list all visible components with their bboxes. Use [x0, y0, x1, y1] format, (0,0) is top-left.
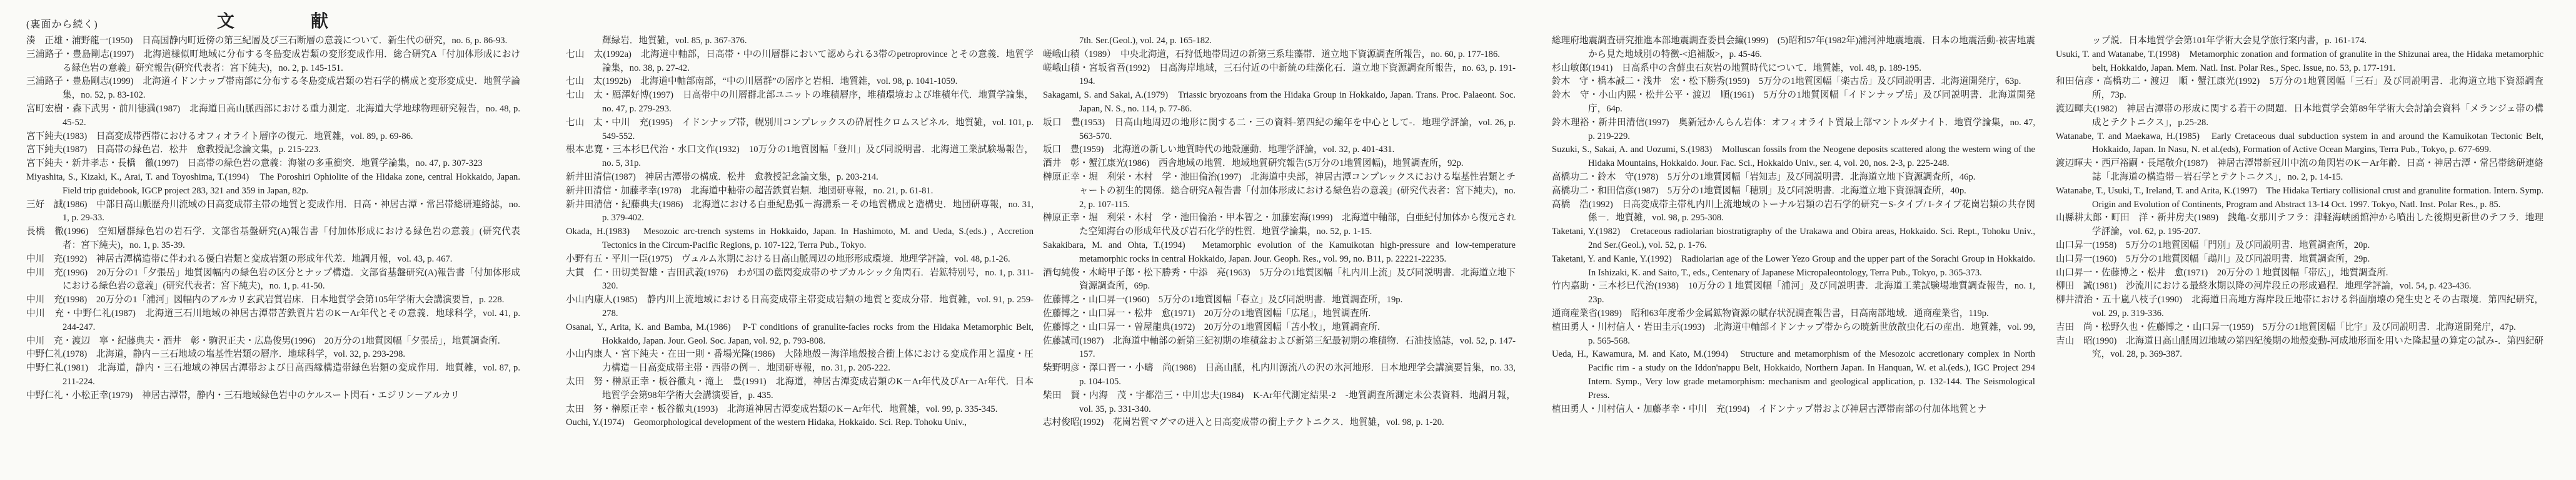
reference-entry: Miyashita, S., Kizaki, K., Arai, T. and … — [26, 171, 520, 198]
reference-entry: 中野仁礼(1981) 北海道，静内・三石地域の神居古潭帯および日高西縁構造帯緑色… — [26, 362, 520, 389]
reference-entry: Sakakibara, M. and Ohta, T.(1994) Metamo… — [1043, 239, 1516, 267]
reference-entry: Sakagami, S. and Sakai, A.(1979) Triassi… — [1043, 89, 1516, 116]
reference-entry: 小山内康人(1985) 静内川上流地域における日高変成帯主帯変成岩類の地質と変成… — [566, 294, 1034, 321]
reference-entry: 宮町宏樹・森下武男・前川徳満(1987) 北海道日高山脈西部における重力測定．北… — [26, 103, 520, 130]
reference-entry: 中川 充(1992) 神居古潭構造帯に伴われる優白岩類と変成岩類の形成年代差．地… — [26, 253, 520, 267]
reference-entry: 高橋功二・鈴木 守(1978) 5万分の1地質図幅「岩知志」及び同説明書．北海道… — [1552, 171, 2035, 185]
reference-entry: 宮下純夫(1987) 日高帯の緑色岩．松井 愈教授記念論文集，p. 215-22… — [26, 143, 520, 157]
reference-entry: 酒井 彰・蟹江康光(1986) 西舎地域の地質．地域地質研究報告(5万分の1地質… — [1043, 157, 1516, 171]
reference-entry: 根本忠寛・三本杉巳代治・水口文作(1932) 10万分の1地質図幅「登川」及び同… — [566, 143, 1034, 171]
reference-entry: 太田 努・榊原正幸・板谷徹丸(1993) 北海道神居古潭変成岩類のK－Ar年代．… — [566, 403, 1034, 417]
reference-entry: 坂口 豊(1953) 日高山地周辺の地形に関する二・三の資料-第四紀の編年を中心… — [1043, 116, 1516, 144]
reference-entry: 嵯峨山積（1989） 中央北海道，石狩低地帯周辺の新第三系珪藻帯．道立地下資源調… — [1043, 48, 1516, 62]
reference-entry: Watanabe, T., Usuki, T., Ireland, T. and… — [2056, 185, 2543, 212]
reference-entry: 山口昇一・佐藤博之・松井 愈(1971) 20万分の１地質図幅「帯広」，地質調査… — [2056, 267, 2543, 280]
reference-column-3: 7th. Ser.(Geol.), vol. 24, p. 165-182.嵯峨… — [1043, 34, 1516, 430]
reference-entry: 竹内嘉助・三本杉巳代治(1938) 10万分の１地質図幅「浦河」及び同説明書．北… — [1552, 280, 2035, 307]
references-page: (裏面から続く) 文 献 湊 正雄・浦野龍一(1950) 日高国静内町近傍の第三… — [0, 0, 2576, 480]
reference-entry: 中野仁礼(1978) 北海道，静内－三石地域の塩基性岩類の層序．地球科学，vol… — [26, 348, 520, 362]
reference-column-5: ップ説．日本地質学会第101年学術大会見学旅行案内書，p. 161-174.Us… — [2056, 34, 2543, 362]
reference-entry: 渡辺暉夫(1982) 神居古潭帯の形成に関する若干の問題．日本地質学会第89年学… — [2056, 103, 2543, 130]
reference-entry: 山口昇一(1958) 5万分の1地質図幅「門別」及び同説明書．地質調査所，20p… — [2056, 239, 2543, 253]
reference-entry: 杉山敏郎(1941) 日高系中の含蘚虫石灰岩の地質時代について．地質雑，vol.… — [1552, 62, 2035, 76]
reference-entry: 三浦路子・豊島剛志(1999) 北海道イドンナップ帯南部に分布する冬島変成岩類の… — [26, 75, 520, 103]
reference-column-1: 湊 正雄・浦野龍一(1950) 日高国静内町近傍の第三紀層及び三石断層の意義につ… — [26, 34, 520, 403]
reference-entry: 中川 充(1996) 20万分の1「夕張岳」地質図幅内の緑色岩の区分とナップ構造… — [26, 267, 520, 294]
reference-entry: Okada, H.(1983) Mesozoic arc-trench syst… — [566, 225, 1034, 253]
reference-entry: 鈴木理裕・新井田清信(1997) 奥新冠かんらん岩体：オフィオライト質最上部マン… — [1552, 116, 2035, 144]
reference-entry: 中川 充・中野仁礼(1987) 北海道三石川地域の神居古潭帯苦鉄質片岩のK－Ar… — [26, 307, 520, 335]
reference-entry: 吉田 尚・松野久也・佐藤博之・山口昇一(1959) 5万分の1地質図幅「比宇」及… — [2056, 321, 2543, 335]
reference-entry: 中川 充・渡辺 寧・紀藤典夫・酒井 彰・駒沢正夫・広島俊男(1996) 20万分… — [26, 335, 520, 349]
reference-entry: 佐藤博之・山口昇一・松井 愈(1971) 20万分の1地質図幅「広尾」，地質調査… — [1043, 307, 1516, 321]
reference-entry: 高橋功二・和田信彦(1987) 5万分の1地質図幅「穂別」及び同説明書．北海道立… — [1552, 185, 2035, 198]
reference-entry: Watanabe, T. and Maekawa, H.(1985) Early… — [2056, 130, 2543, 158]
reference-entry: 山縣耕太郎・町田 洋・新井房夫(1989) 銭亀-女那川テフラ：津軽海峡函館沖か… — [2056, 212, 2543, 239]
reference-entry: 太田 努・榊原正幸・板谷徹丸・滝上 豊(1991) 北海道，神居古潭変成岩類のK… — [566, 375, 1034, 403]
reference-continuation-line: 7th. Ser.(Geol.), vol. 24, p. 165-182. — [1043, 34, 1516, 48]
reference-continuation-line: ップ説．日本地質学会第101年学術大会見学旅行案内書，p. 161-174. — [2056, 34, 2543, 48]
reference-entry: 嵯峨山積・宮坂省吾(1992) 日高海岸地域，三石付近の中新統の珪藻化石．道立地… — [1043, 62, 1516, 89]
reference-column-4: 総理府地震調査研究推進本部地震調査委員会編(1999) (5)昭和57年(198… — [1552, 34, 2035, 416]
reference-entry: 榊原正幸・堀 利栄・木村 学・池田倫治(1997) 北海道中央部，神居古潭コンプ… — [1043, 171, 1516, 212]
reference-entry: Ouchi, Y.(1974) Geomorphological develop… — [566, 416, 1034, 430]
reference-entry: 植田勇人・川村信人・加藤孝幸・中川 充(1994) イドンナップ帯および神居古潭… — [1552, 403, 2035, 417]
reference-entry: 鈴木 守・橋本誠二・浅井 宏・松下勝秀(1959) 5万分の1地質図幅「楽古岳」… — [1552, 75, 2035, 89]
reference-entry: 三好 誠(1986) 中部日高山脈歴舟川流域の日高変成帯主帯の地質と変成作用．日… — [26, 198, 520, 226]
reference-entry: 鈴木 守・小山内熙・松井公平・渡辺 順(1961) 5万分の1地質図幅「イドンナ… — [1552, 89, 2035, 116]
reference-entry: 小野有五・平川一臣(1975) ヴュルム氷期における日高山脈周辺の地形形成環境．… — [566, 253, 1034, 267]
reference-entry: 湊 正雄・浦野龍一(1950) 日高国静内町近傍の第三紀層及び三石断層の意義につ… — [26, 34, 520, 48]
reference-entry: 七山 太・中川 充(1995) イドンナップ帯，幌別川コンプレックスの砕屑性クロ… — [566, 116, 1034, 144]
reference-entry: 山口昇一(1960) 5万分の1地質図幅「鵡川」及び同説明書．地質調査所，29p… — [2056, 253, 2543, 267]
reference-entry: 新井田清信・紀藤典夫(1986) 北海道における白亜紀島弧－海溝系－その地質構成… — [566, 198, 1034, 226]
reference-entry: 宮下純夫(1983) 日高変成帯西帯におけるオフィオライト層序の復元．地質雑，v… — [26, 130, 520, 144]
reference-column-2: 輝緑岩．地質雑，vol. 85, p. 367-376.七山 太(1992a) … — [566, 34, 1034, 430]
reference-entry: Usuki, T. and Watanabe, T.(1998) Metamor… — [2056, 48, 2543, 76]
reference-entry: 七山 太(1992a) 北海道中軸部，日高帯・中の川層群において認められる3帯の… — [566, 48, 1034, 76]
reference-entry: 佐藤博之・山口昇一(1960) 5万分の1地質図幅「春立」及び同説明書．地質調査… — [1043, 294, 1516, 307]
reference-entry: 七山 太・鴈澤好博(1997) 日高帯中の川層群北部ユニットの堆積層序，堆積環境… — [566, 89, 1034, 116]
reference-entry: Ueda, H., Kawamura, M. and Kato, M.(1994… — [1552, 348, 2035, 402]
reference-entry: 通商産業省(1989) 昭和63年度希少金属鉱物資源の賦存状況調査報告書，日高南… — [1552, 307, 2035, 321]
reference-entry: 柴野明彦・澤口晋一・小疇 尚(1988) 日高山脈，札内川源流八の沢の氷河地形．… — [1043, 362, 1516, 389]
reference-entry: 総理府地震調査研究推進本部地震調査委員会編(1999) (5)昭和57年(198… — [1552, 34, 2035, 62]
reference-entry: 柴田 賢・内海 茂・宇都浩三・中川忠夫(1984) K-Ar年代測定結果-2 -… — [1043, 389, 1516, 417]
reference-entry: 宮下純夫・新井孝志・長橋 徹(1997) 日高帯の緑色岩の意義：海嶺の多重衝突．… — [26, 157, 520, 171]
reference-entry: 新井田清信・加藤孝幸(1978) 北海道中軸帯の超苦鉄質岩類．地団研専報，no.… — [566, 185, 1034, 198]
reference-entry: Osanai, Y., Arita, K. and Bamba, M.(1986… — [566, 321, 1034, 349]
reference-entry: 渡辺暉夫・西戸裕嗣・長尾敬介(1987) 神居古潭帯新冠川中流の角閃岩のK－Ar… — [2056, 157, 2543, 185]
reference-entry: 小山内康人・宮下純夫・在田一則・番場光隆(1986) 大陸地殻－海洋地殻接合衝上… — [566, 348, 1034, 375]
reference-entry: 高橋 浩(1992) 日高変成帯主帯札内川上流地域のトーナル岩類の岩石学的研究－… — [1552, 198, 2035, 226]
reference-entry: 坂口 豊(1959) 北海道の新しい地質時代の地殻運動．地理学評論，vol. 3… — [1043, 143, 1516, 157]
page-title: 文 献 — [26, 8, 520, 33]
reference-entry: 新井田清信(1987) 神居古潭帯の構成．松井 愈教授記念論文集，p. 203-… — [566, 171, 1034, 185]
reference-entry: 大貫 仁・田切美智雄・吉田武義(1976) わが国の藍閃変成帯のサブカルシック角… — [566, 267, 1034, 294]
reference-entry: Taketani, Y.(1982) Cretaceous radiolaria… — [1552, 225, 2035, 253]
reference-entry: 佐藤誠司(1987) 北海道中軸部の新第三紀初期の堆積盆および新第三紀最初期の堆… — [1043, 335, 1516, 362]
reference-entry: 柳田 誠(1981) 沙流川における最終氷期以降の河岸段丘の形成過程．地理学評論… — [2056, 280, 2543, 294]
reference-entry: 志村俊昭(1992) 花崗岩質マグマの迸入と日高変成帯の衝上テクトニクス．地質雑… — [1043, 416, 1516, 430]
reference-entry: 吉山 昭(1990) 北海道日高山脈周辺地域の第四紀後期の地殻変動-河成地形面を… — [2056, 335, 2543, 362]
reference-entry: Suzuki, S., Sakai, A. and Uozumi, S.(198… — [1552, 143, 2035, 171]
reference-entry: 和田信彦・高橋功二・渡辺 順・蟹江康光(1992) 5万分の1地質図幅「三石」及… — [2056, 75, 2543, 103]
reference-entry: 長橋 徹(1996) 空知層群緑色岩の岩石学．文部省基盤研究(A)報告書「付加体… — [26, 225, 520, 253]
reference-entry: 七山 太(1992b) 北海道中軸部南部，“中の川層群”の層序と岩相．地質雑，v… — [566, 75, 1034, 89]
reference-entry: Taketani, Y. and Kanie, Y.(1992) Radiola… — [1552, 253, 2035, 280]
reference-entry: 中野仁礼・小松正幸(1979) 神居古潭帯，静内・三石地域緑色岩中のケルスート閃… — [26, 389, 520, 403]
reference-entry: 植田勇人・川村信人・岩田圭示(1993) 北海道中軸部イドンナップ帯からの暁新世… — [1552, 321, 2035, 349]
reference-entry: 酒匂純俊・木崎甲子郎・松下勝秀・中添 亮(1963) 5万分の1地質図幅「札内川… — [1043, 267, 1516, 294]
reference-entry: 三浦路子・豊島剛志(1997) 北海道様似町地域に分布する冬島変成岩類の変形変成… — [26, 48, 520, 76]
reference-entry: 佐藤博之・山口昇一・曽屋龍典(1972) 20万分の1地質図幅「苫小牧」，地質調… — [1043, 321, 1516, 335]
reference-entry: 柳井清治・五十嵐八枝子(1990) 北海道日高地方海岸段丘地帯における斜面崩壊の… — [2056, 294, 2543, 321]
reference-entry: 榊原正幸・堀 利栄・木村 学・池田倫治・甲本智之・加藤宏海(1999) 北海道中… — [1043, 212, 1516, 239]
reference-continuation-line: 輝緑岩．地質雑，vol. 85, p. 367-376. — [566, 34, 1034, 48]
reference-entry: 中川 充(1998) 20万分の1「浦河」図幅内のアルカリ玄武岩質岩床．日本地質… — [26, 294, 520, 307]
